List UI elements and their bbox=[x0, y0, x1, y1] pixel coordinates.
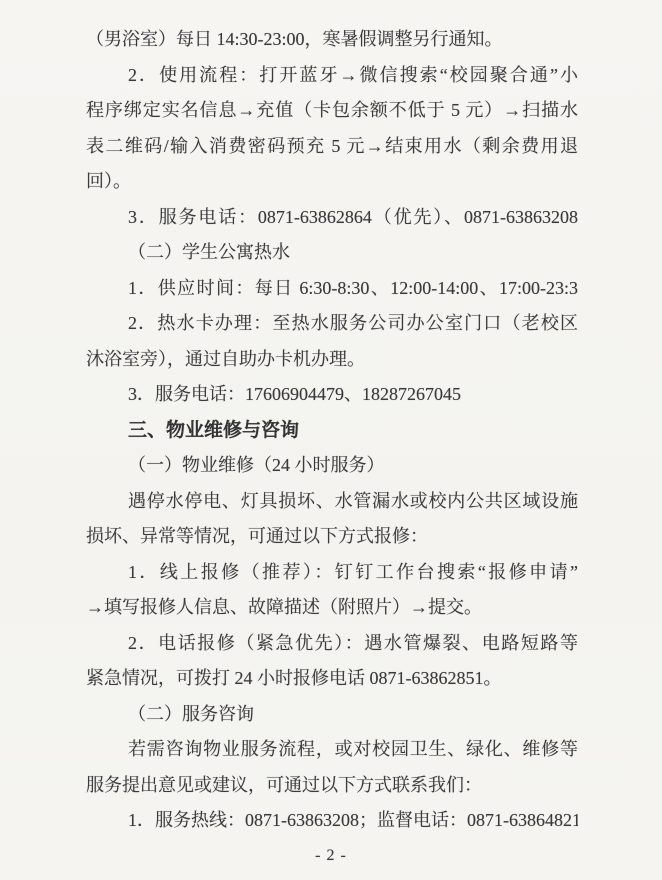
doc-line-service-phone-hotwater: 3．服务电话：17606904479、18287267045 bbox=[86, 377, 578, 413]
doc-line-service-phone-bath: 3．服务电话：0871-63862864（优先）、0871-63863208 bbox=[86, 200, 578, 236]
doc-line-consult-1: 若需咨询物业服务流程，或对校园卫生、绿化、维修等 bbox=[86, 732, 578, 768]
scanned-document-page: （男浴室）每日 14:30-23:00，寒暑假调整另行通知。 2．使用流程：打开… bbox=[0, 0, 662, 880]
doc-line-online-repair-2: →填写报修人信息、故障描述（附照片）→提交。 bbox=[86, 590, 578, 626]
page-number: - 2 - bbox=[0, 838, 662, 873]
doc-line-usage-flow-1: 2．使用流程：打开蓝牙→微信搜索“校园聚合通”小 bbox=[86, 58, 578, 94]
doc-line-hotline-numbers: 1．服务热线：0871-63863208；监督电话：0871-63864821 bbox=[86, 803, 578, 839]
doc-line-repair-intro-1: 遇停水停电、灯具损坏、水管漏水或校内公共区域设施 bbox=[86, 484, 578, 520]
doc-line-phone-repair-1: 2．电话报修（紧急优先）：遇水管爆裂、电路短路等 bbox=[86, 626, 578, 662]
doc-line-supply-time: 1．供应时间：每日 6:30-8:30、12:00-14:00、17:00-23… bbox=[86, 271, 578, 307]
subsection-heading-consultation: （二）服务咨询 bbox=[86, 697, 578, 733]
document-body: （男浴室）每日 14:30-23:00，寒暑假调整另行通知。 2．使用流程：打开… bbox=[86, 22, 578, 839]
doc-line-consult-2: 服务提出意见或建议，可通过以下方式联系我们： bbox=[86, 768, 578, 804]
subsection-heading-repair-24h: （一）物业维修（24 小时服务） bbox=[86, 448, 578, 484]
section-heading-property-repair: 三、物业维修与咨询 bbox=[86, 413, 578, 449]
doc-line-hotwater-card-1: 2．热水卡办理：至热水服务公司办公室门口（老校区 bbox=[86, 306, 578, 342]
doc-line-usage-flow-2: 程序绑定实名信息→充值（卡包余额不低于 5 元）→扫描水 bbox=[86, 93, 578, 129]
doc-line-hotwater-card-2: 沐浴室旁），通过自助办卡机办理。 bbox=[86, 342, 578, 378]
doc-line-usage-flow-4: 回）。 bbox=[86, 164, 578, 200]
subsection-heading-hot-water: （二）学生公寓热水 bbox=[86, 235, 578, 271]
doc-line-usage-flow-3: 表二维码/输入消费密码预充 5 元→结束用水（剩余费用退 bbox=[86, 129, 578, 165]
doc-line-phone-repair-2: 紧急情况，可拨打 24 小时报修电话 0871-63862851。 bbox=[86, 661, 578, 697]
doc-line-repair-intro-2: 损坏、异常等情况，可通过以下方式报修： bbox=[86, 519, 578, 555]
doc-line-bath-hours: （男浴室）每日 14:30-23:00，寒暑假调整另行通知。 bbox=[86, 22, 578, 58]
doc-line-online-repair-1: 1．线上报修（推荐）：钉钉工作台搜索“报修申请” bbox=[86, 555, 578, 591]
